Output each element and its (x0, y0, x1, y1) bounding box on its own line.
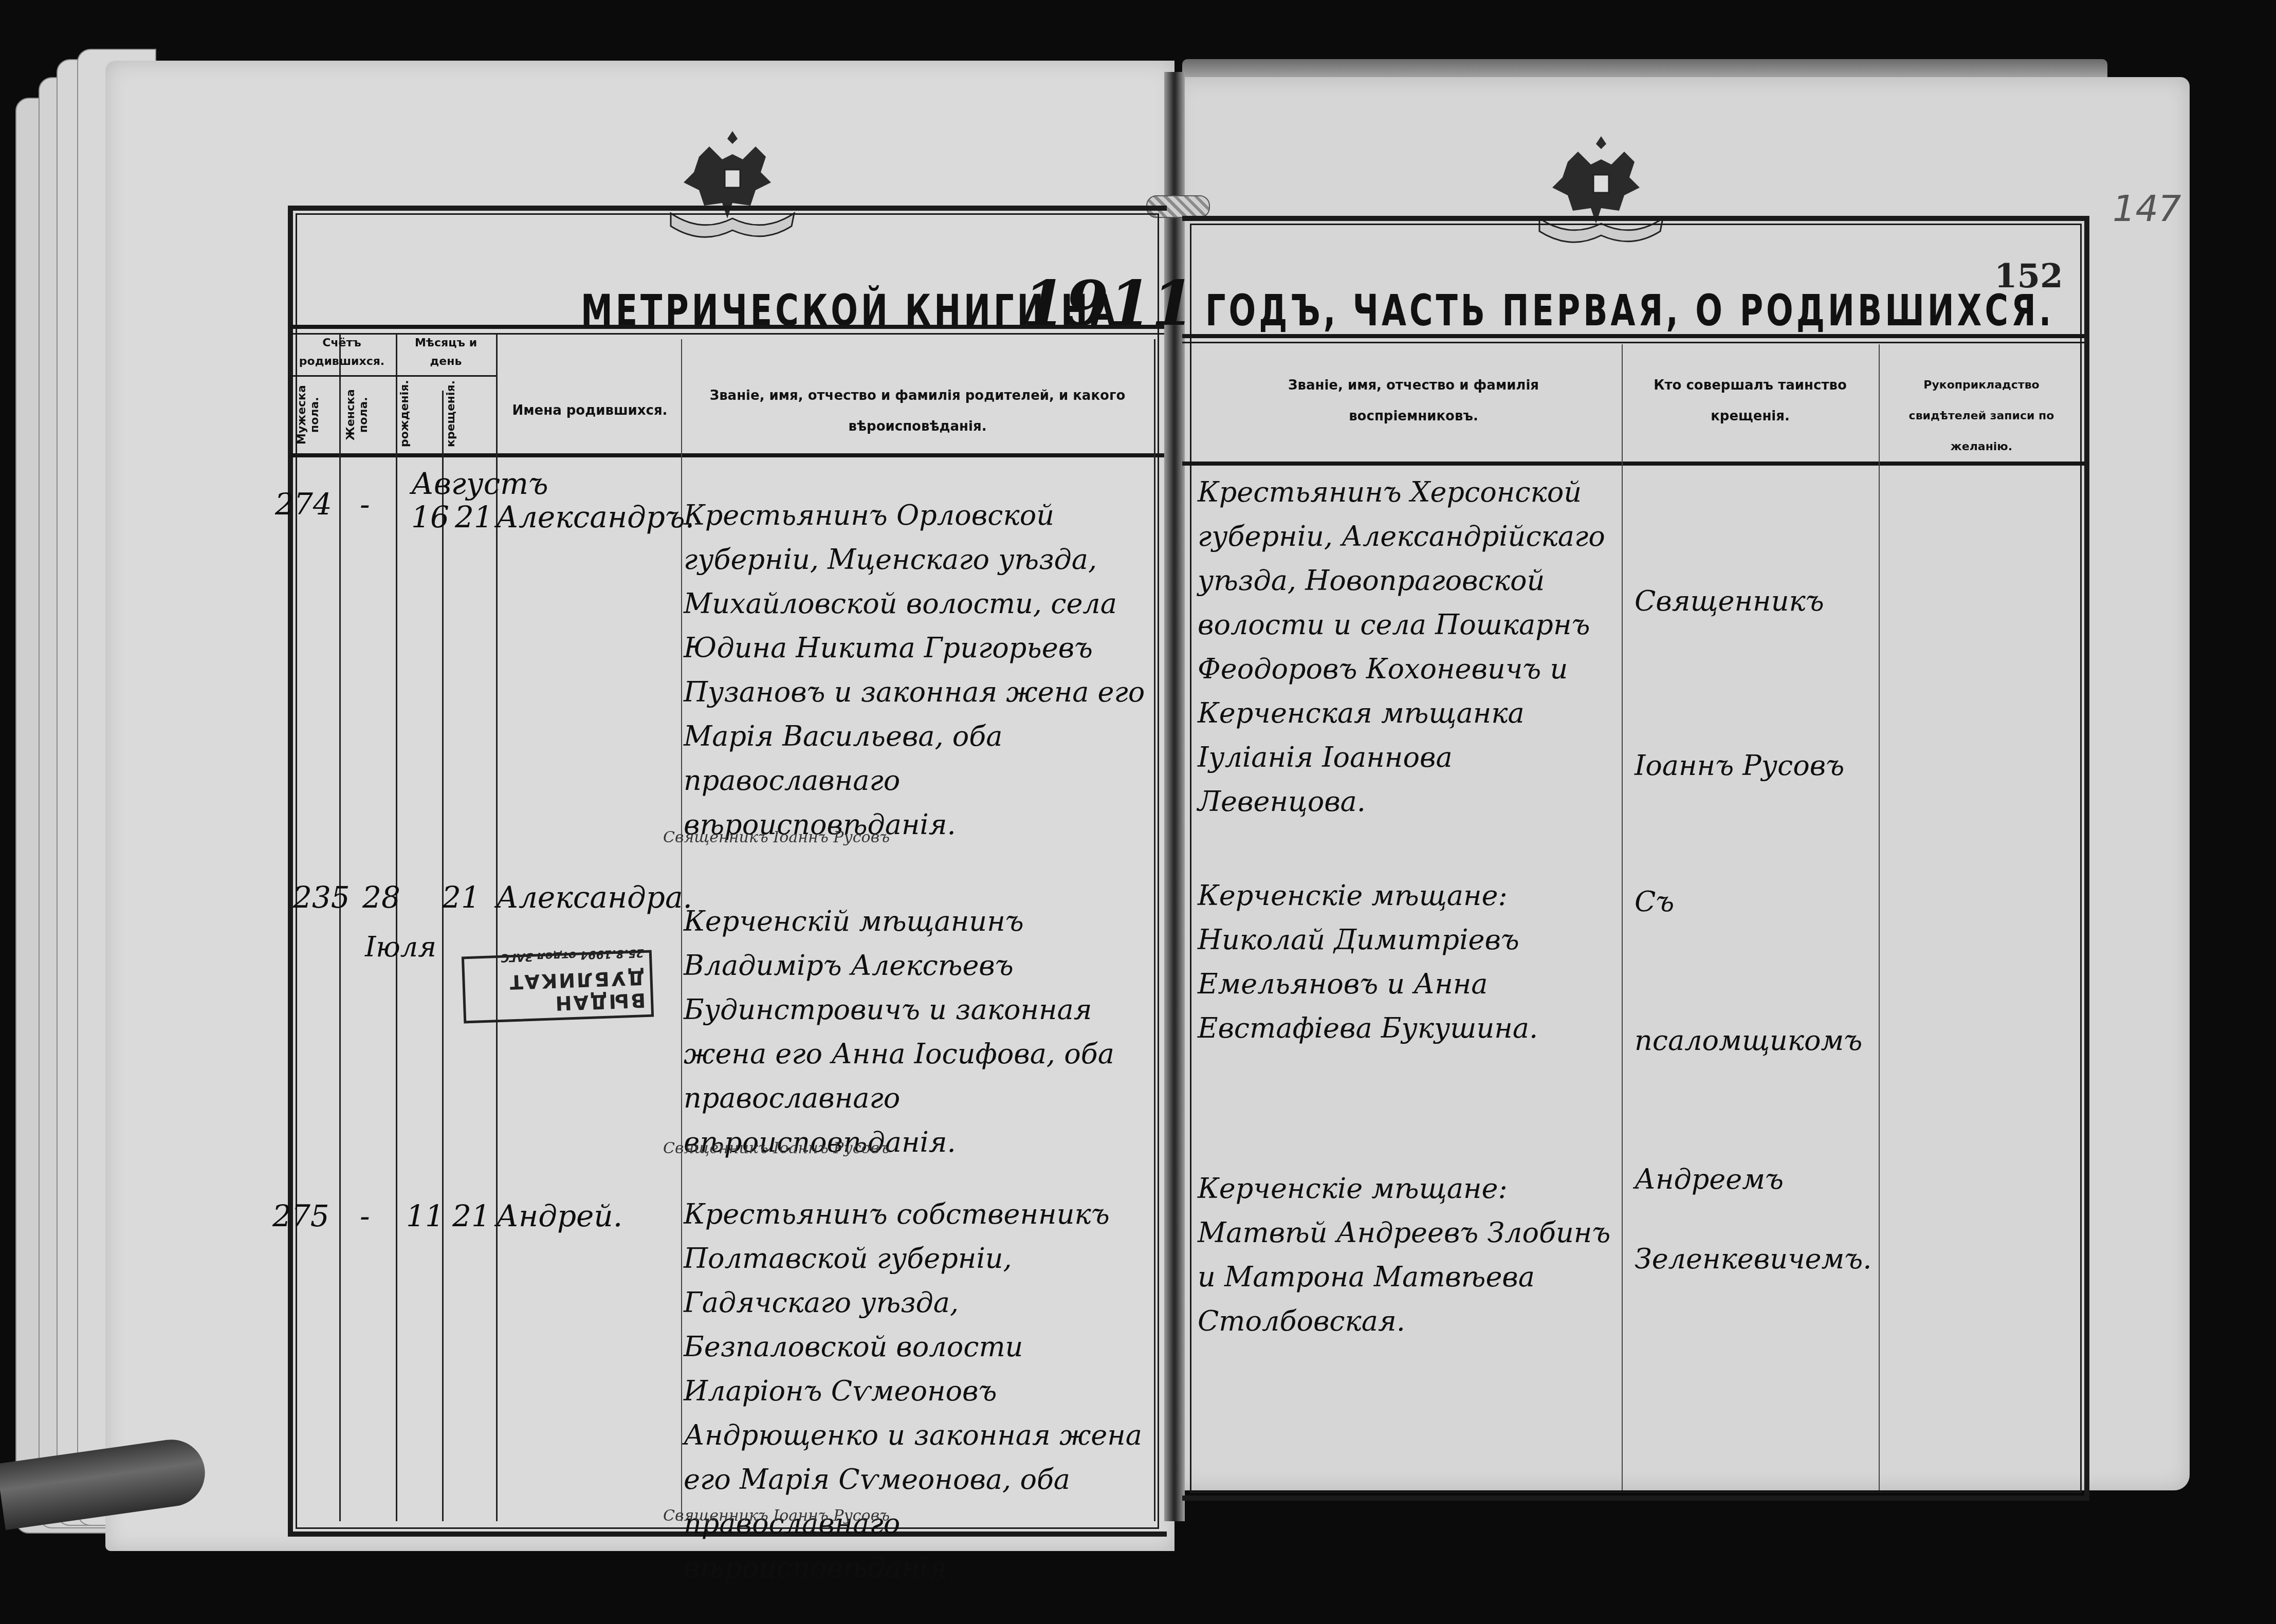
entry-1-female-no: - (360, 481, 370, 528)
title-right: ГОДЪ, ЧАСТЬ ПЕРВАЯ, О РОДИВШИХСЯ. (1205, 285, 2054, 336)
header-date-group: Мѣсяцъ и день (398, 334, 493, 371)
header-date-baptism: крещенія. (445, 383, 493, 447)
col-line (339, 334, 341, 1521)
header-count-male: Мужеска пола. (296, 383, 337, 447)
entry-3-officiant: Зеленкевичемъ. (1635, 1192, 1871, 1326)
entry-3-female-no: - (360, 1192, 370, 1240)
subheader-rule (290, 375, 496, 377)
printed-page-number: 152 (1994, 257, 2063, 296)
stamp-line-1: ВЫДАН ДУБЛИКАТ (470, 966, 646, 1018)
col-line (1154, 339, 1155, 1521)
entry-3-baptism-day: 21 (452, 1192, 490, 1240)
entry-2-godparents: Керченскіе мѣщане: Николай Димитріевъ Ем… (1198, 874, 1619, 1050)
header-godparents: Званіе, имя, отчество и фамилія воспріем… (1234, 370, 1593, 432)
header-officiant: Кто совершалъ таинство крещенія. (1629, 370, 1871, 432)
header-date-birth: рожденія. (398, 383, 439, 447)
col-line (442, 391, 444, 1521)
entry-2-birth-day: 28 (362, 874, 400, 921)
header-names: Имена родившихся. (501, 398, 678, 423)
header-count-female: Женска пола. (344, 383, 391, 447)
entry-1-baptism-day: 21 (455, 493, 493, 541)
header-parents: Званіе, имя, отчество и фамилія родителе… (686, 380, 1149, 442)
entry-1-birth-day: 16 (411, 493, 449, 541)
entry-2-parents: Керченскій мѣщанинъ Владиміръ Алексѣевъ … (684, 899, 1151, 1165)
duplicate-issued-stamp: ВЫДАН ДУБЛИКАТ 25.8.1994 отдел ЗАГС (462, 950, 654, 1024)
entry-1-male-no: 274 (275, 481, 332, 528)
header-top-rule-right-thin (1182, 342, 2084, 343)
entry-3-male-no: 275 (272, 1192, 329, 1240)
entry-2-month: Іюля (365, 925, 436, 969)
entry-3-godparents: Керченскіе мѣщане: Матвѣй Андреевъ Злоби… (1198, 1167, 1619, 1343)
entry-3-parents: Крестьянинъ собственникъ Полтавской губе… (684, 1192, 1151, 1590)
entry-1-child-name: Александръ. (496, 493, 694, 541)
entry-2-child-name: Александра. (496, 874, 692, 921)
entry-1-note: Священникъ Іоаннъ Русовъ (663, 827, 890, 848)
entry-1-officiant: Священникъ Іоаннъ Русовъ (1635, 519, 1871, 848)
entry-2-officiant: Съ псаломщикомъ Андреемъ (1635, 833, 1871, 1249)
entry-2-female-no: 235 (293, 874, 350, 921)
entry-3-birth-day: 11 (406, 1192, 444, 1240)
entry-3-child-name: Андрей. (496, 1192, 622, 1240)
archive-folio-number: 147 (2113, 188, 2181, 230)
header-count-group: Счётъ родившихся. (293, 334, 391, 371)
header-bottom-rule-left (290, 453, 1164, 457)
entry-2-note: Священникъ Іоаннъ Русовъ (663, 1138, 890, 1159)
col-line (1622, 344, 1623, 1490)
header-top-rule-left (290, 325, 1164, 329)
entry-2-baptism-day: 21 (442, 874, 480, 921)
header-top-rule-right (1182, 334, 2084, 338)
entry-1-parents: Крестьянинъ Орловской губерніи, Мценскаг… (684, 493, 1151, 847)
entry-3-note: Священникъ Іоаннъ Русовъ (663, 1506, 890, 1526)
header-signatures: Рукоприкладство свидѣтелей записи по жел… (1884, 370, 2079, 463)
entry-1-godparents: Крестьянинъ Херсонской губерніи, Алексан… (1198, 470, 1619, 824)
col-line (1879, 344, 1880, 1490)
